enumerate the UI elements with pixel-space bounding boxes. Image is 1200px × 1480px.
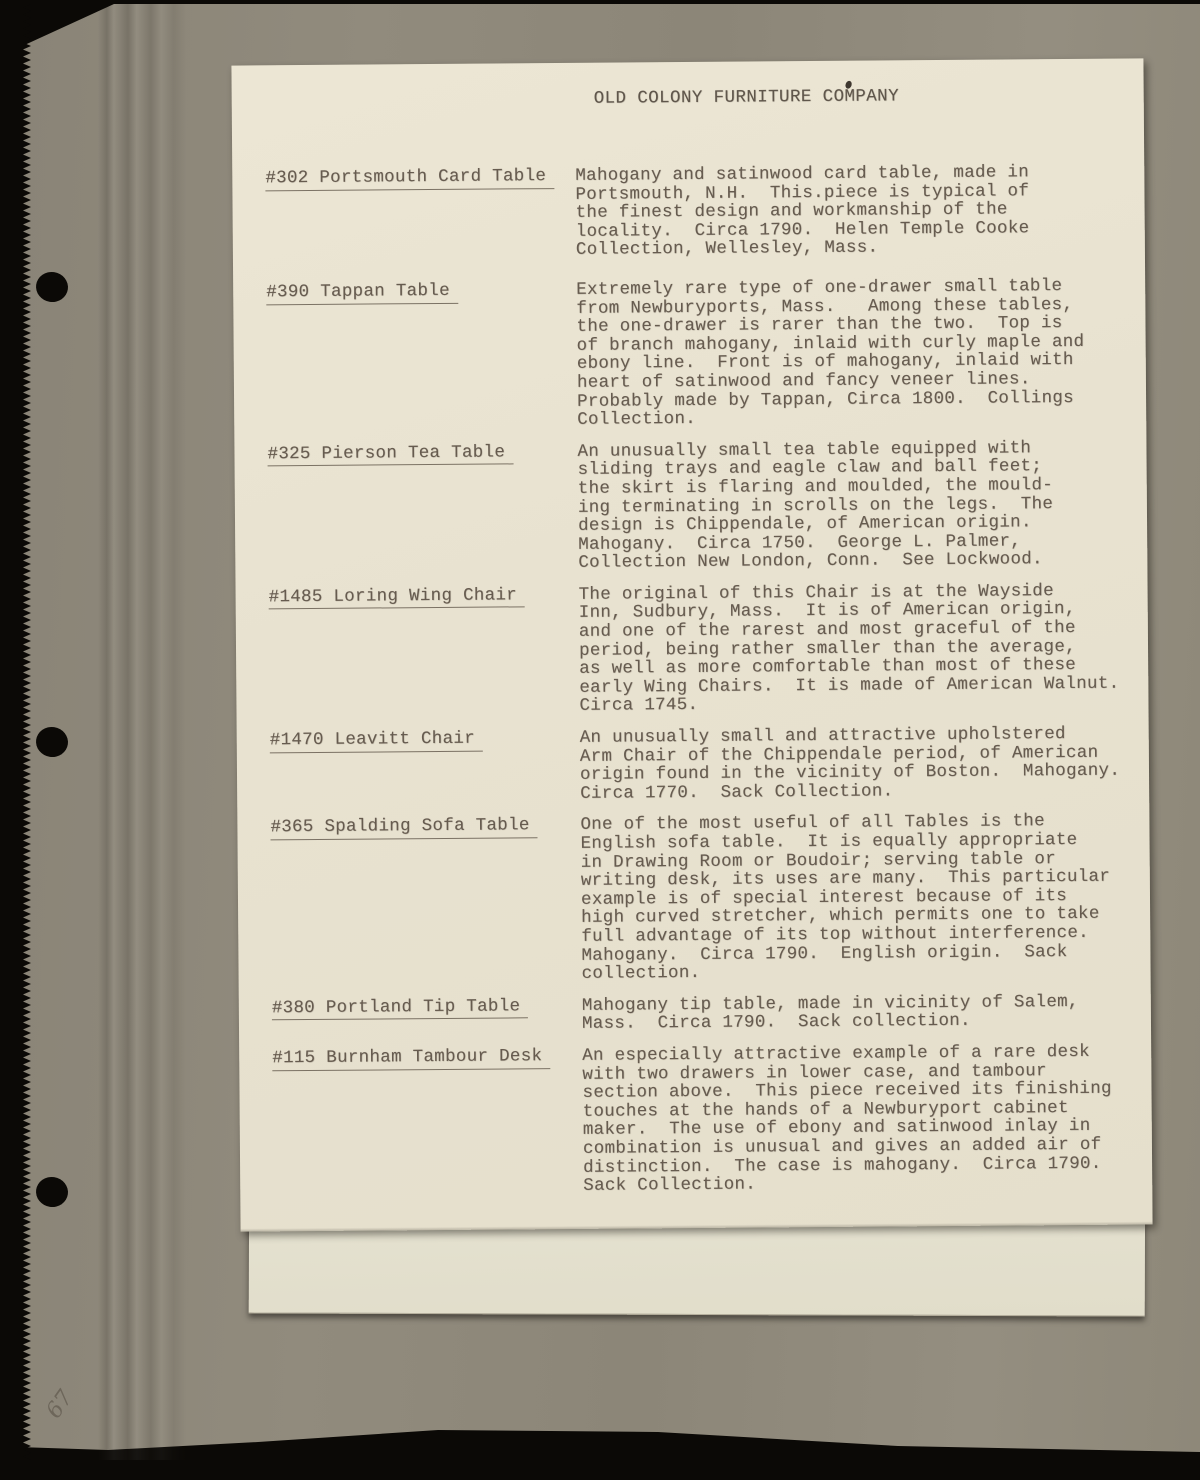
scanned-album-page: OLD COLONY FURNITURE COMPANY #302 Portsm… — [0, 0, 1200, 1480]
catalog-entry: #365 Spalding Sofa Table One of the most… — [270, 812, 1136, 986]
entry-label: #390 Tappan Table — [266, 281, 576, 305]
entry-label: #325 Pierson Tea Table — [267, 443, 577, 467]
entry-description: An unusually small and attractive uphols… — [580, 725, 1136, 804]
catalog-entry: #390 Tappan Table Extremely rare type of… — [266, 277, 1132, 433]
catalog-entry: #302 Portsmouth Card Table Mahogany and … — [265, 163, 1131, 263]
catalog-entries: #302 Portsmouth Card Table Mahogany and … — [265, 163, 1138, 1198]
catalog-entry: #1485 Loring Wing Chair The original of … — [269, 581, 1135, 718]
entry-label: #115 Burnham Tambour Desk — [272, 1047, 582, 1071]
entry-description: An especially attractive example of a ra… — [582, 1042, 1138, 1195]
page-title: OLD COLONY FURNITURE COMPANY — [594, 86, 899, 108]
entry-description: Extremely rare type of one-drawer small … — [576, 277, 1132, 430]
entry-description: An unusually small tea table equipped wi… — [577, 438, 1133, 573]
catalog-entry: #325 Pierson Tea Table An unusually smal… — [267, 438, 1133, 575]
entry-description: One of the most useful of all Tables is … — [580, 812, 1136, 984]
typewritten-sheet: OLD COLONY FURNITURE COMPANY #302 Portsm… — [231, 58, 1152, 1231]
entry-description: Mahogany tip table, made in vicinity of … — [582, 992, 1137, 1034]
entry-description: The original of this Chair is at the Way… — [579, 581, 1135, 716]
entry-label: #302 Portsmouth Card Table — [265, 167, 575, 191]
entry-label: #1485 Loring Wing Chair — [269, 586, 579, 610]
entry-description: Mahogany and satinwood card table, made … — [575, 163, 1131, 260]
entry-label: #365 Spalding Sofa Table — [270, 816, 580, 840]
album-fold-creases — [98, 4, 186, 1460]
catalog-entry: #1470 Leavitt Chair An unusually small a… — [270, 725, 1136, 806]
catalog-entry: #115 Burnham Tambour Desk An especially … — [272, 1042, 1138, 1198]
entry-label: #380 Portland Tip Table — [272, 997, 582, 1021]
entry-label: #1470 Leavitt Chair — [270, 729, 580, 753]
catalog-entry: #380 Portland Tip Table Mahogany tip tab… — [272, 992, 1137, 1036]
